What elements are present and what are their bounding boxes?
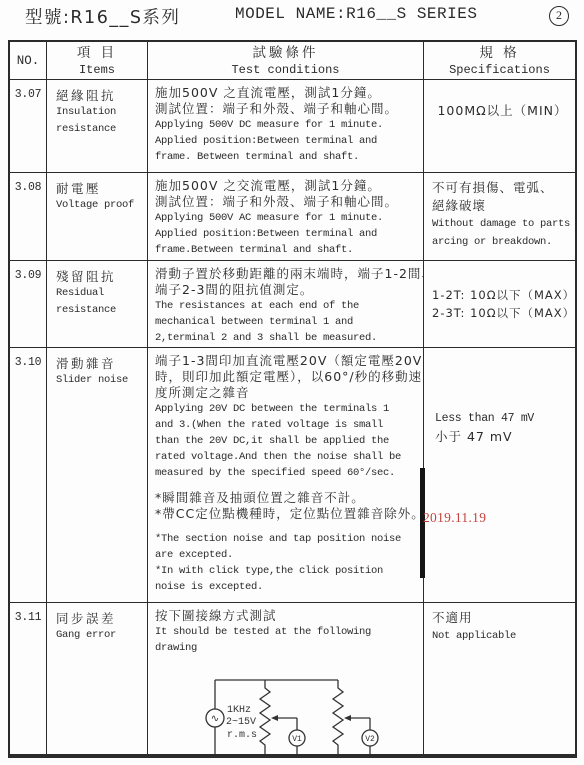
col-header-no: NO.	[10, 42, 47, 80]
row-spec: 不可有損傷、電弧、 絕緣破壞 Without damage to parts a…	[424, 173, 575, 261]
row-conditions: 施加500V 之直流電壓，測試1分鐘。 測試位置：端子和外殼、端子和軸心間。 A…	[148, 80, 424, 173]
row-spec: Less than 47 mV 小于 47 mV	[424, 348, 575, 603]
ac-source-symbol: ∿	[211, 715, 219, 726]
col-header-conditions-en: Test conditions	[231, 62, 339, 78]
row-conditions: 按下圖接線方式測試 It should be tested at the fol…	[148, 603, 424, 754]
row-conditions: 施加500V 之交流電壓，測試1分鐘。 測試位置：端子和外殼、端子和軸心間。 A…	[148, 173, 424, 261]
voltmeter-2-label: V2	[365, 735, 375, 744]
col-header-specs: 規 格 Specifications	[424, 42, 575, 80]
row-no: 3.09	[10, 261, 47, 348]
row-no: 3.11	[10, 603, 47, 754]
wiper-arrow-icon	[344, 715, 351, 721]
spec-table: NO. 項 目 Items 試驗條件 Test conditions 規 格 S…	[8, 40, 577, 758]
row-item: 滑動雜音 Slider noise	[47, 348, 148, 603]
row-conditions: 滑動子置於移動距離的兩末端時，端子1-2間、 端子2-3間的阻抗值測定。 The…	[148, 261, 424, 348]
row-no: 3.08	[10, 173, 47, 261]
model-title-en: MODEL NAME:R16__S SERIES	[235, 5, 477, 23]
document-page: 型號:R16__S系列 MODEL NAME:R16__S SERIES 2 N…	[0, 0, 584, 765]
col-header-specs-en: Specifications	[449, 62, 550, 78]
revision-date-stamp: 2019.11.19	[423, 510, 486, 526]
gang-error-circuit-diagram: ∿ 1KHz 2~15V r.m.s V1 V2	[205, 668, 395, 754]
col-header-items: 項 目 Items	[47, 42, 148, 80]
row-spec: 100MΩ以上（MIN）	[424, 80, 575, 173]
col-header-conditions: 試驗條件 Test conditions	[148, 42, 424, 80]
row-item: 耐電壓 Voltage proof	[47, 173, 148, 261]
row-item: 同步誤差 Gang error	[47, 603, 148, 754]
row-item: 絕緣阻抗 Insulation resistance	[47, 80, 148, 173]
col-header-specs-zh: 規 格	[479, 44, 519, 62]
wiper-arrow-icon	[271, 715, 278, 721]
model-title-zh: 型號:R16__S系列	[25, 4, 180, 29]
col-header-conditions-zh: 試驗條件	[253, 44, 319, 62]
row-item: 殘留阻抗 Residual resistance	[47, 261, 148, 348]
col-header-items-zh: 項 目	[77, 44, 117, 62]
circuit-voltage-label: 2~15V	[226, 717, 256, 728]
row-no: 3.10	[10, 348, 47, 603]
voltmeter-1-label: V1	[292, 735, 302, 744]
row-spec: 不適用 Not applicable	[424, 603, 575, 754]
row-conditions: 端子1-3間印加直流電壓20V（額定電壓20V以下 時，則印加此額定電壓），以6…	[148, 348, 424, 603]
row-spec: 1-2T: 10Ω以下（MAX） 2-3T: 10Ω以下（MAX）	[424, 261, 575, 348]
circuit-frequency-label: 1KHz	[227, 705, 251, 716]
page-number-badge: 2	[549, 6, 569, 26]
col-header-no-label: NO.	[17, 54, 40, 68]
circuit-rms-label: r.m.s	[227, 730, 257, 741]
col-header-items-en: Items	[79, 62, 115, 78]
row-no: 3.07	[10, 80, 47, 173]
